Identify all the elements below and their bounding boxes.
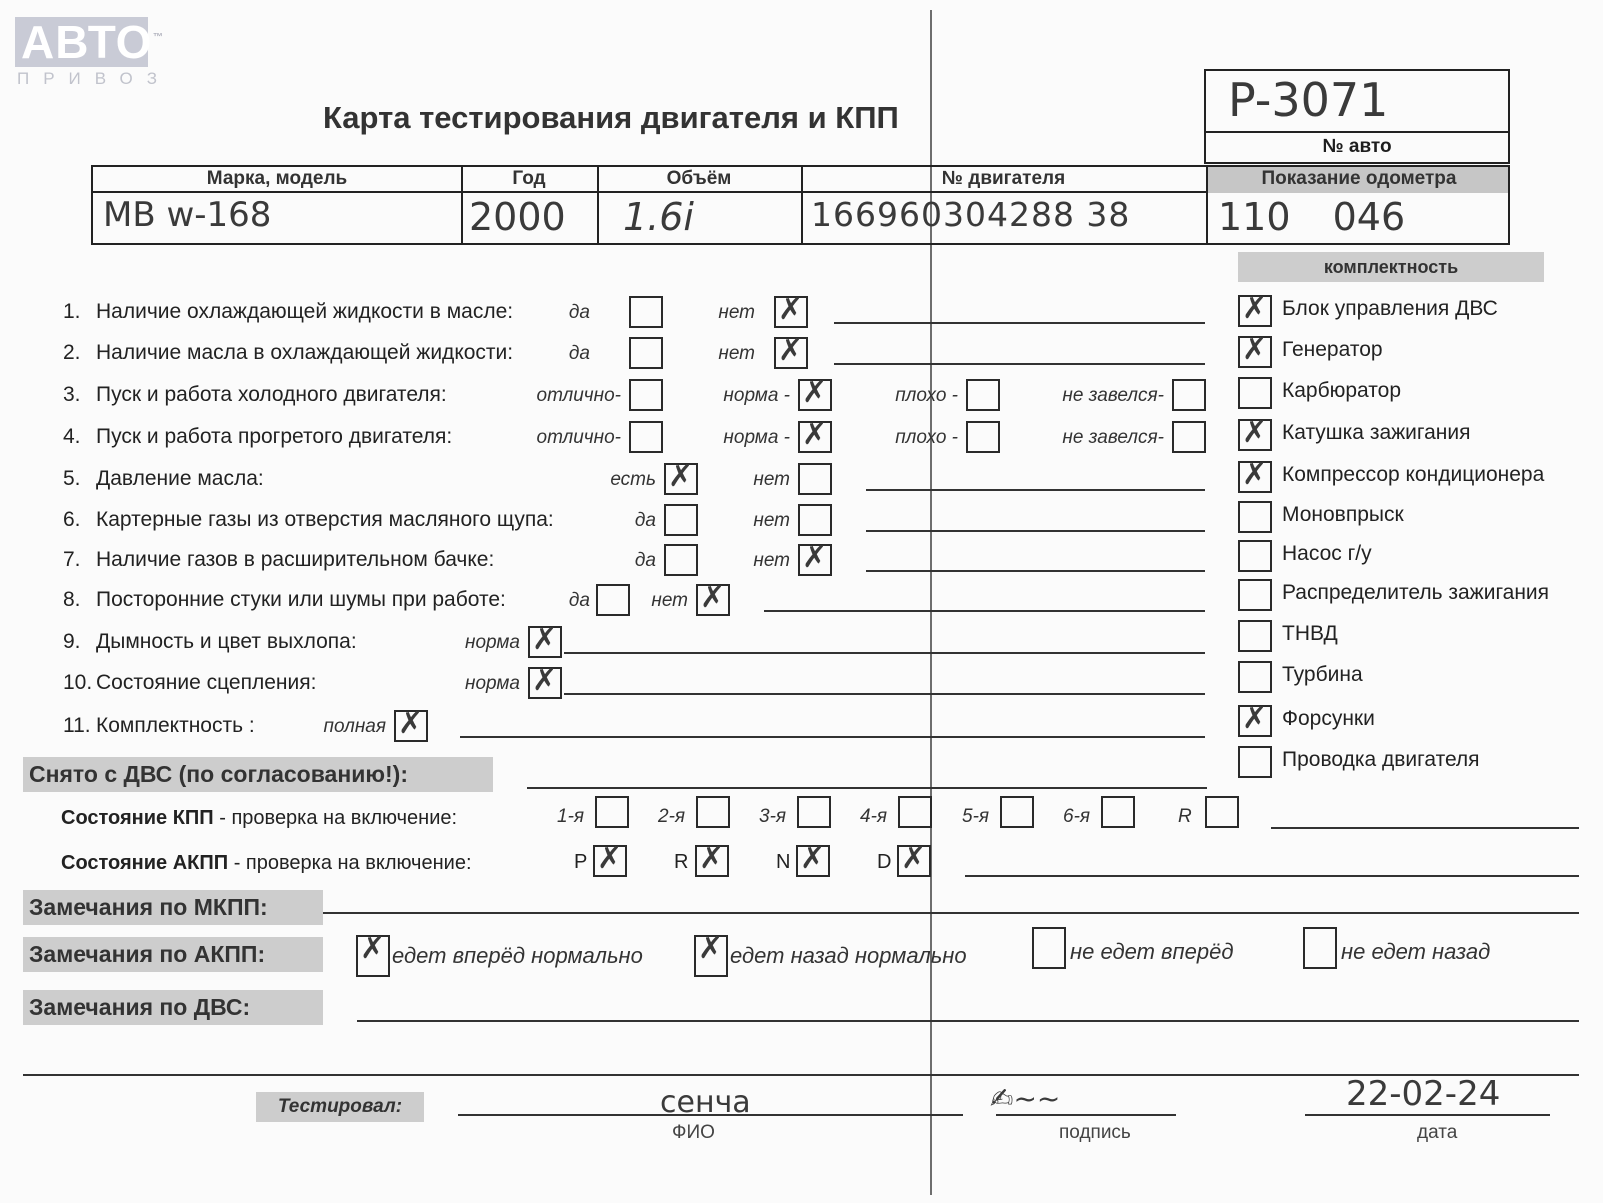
question-11-notes-line[interactable] bbox=[460, 736, 1205, 738]
completeness-checkbox-1[interactable]: ✗ bbox=[1238, 295, 1272, 327]
volume-value[interactable]: 1.6i bbox=[623, 195, 694, 239]
check-mark-icon: ✗ bbox=[1242, 291, 1267, 327]
completeness-header: комплектность bbox=[1238, 252, 1544, 282]
removed-parts-label: Снято с ДВС (по согласованию!): bbox=[23, 757, 493, 792]
option-label: есть bbox=[610, 469, 656, 491]
gear-label: 3-я bbox=[759, 806, 786, 828]
check-mark-icon: ✗ bbox=[668, 459, 693, 495]
gear-checkbox-6-я[interactable] bbox=[1101, 796, 1135, 828]
check-mark-icon: ✗ bbox=[398, 706, 423, 742]
question-number: 2. bbox=[63, 341, 96, 365]
header-make-model: Марка, модель bbox=[93, 168, 461, 190]
question-1-option-checkbox[interactable] bbox=[629, 296, 663, 328]
question-text: Дымность и цвет выхлопа: bbox=[96, 630, 357, 653]
completeness-checkbox-8[interactable] bbox=[1238, 579, 1272, 611]
check-mark-icon: ✗ bbox=[532, 622, 557, 658]
check-mark-icon: ✗ bbox=[699, 841, 724, 877]
question-text: Пуск и работа холодного двигателя: bbox=[96, 383, 447, 406]
question-2: 2.Наличие масла в охлаждающей жидкости: bbox=[63, 341, 513, 365]
akpp-remark-checkbox-4[interactable] bbox=[1303, 927, 1337, 969]
gear-label: 6-я bbox=[1063, 806, 1090, 828]
question-1: 1.Наличие охлаждающей жидкости в масле: bbox=[63, 300, 513, 324]
check-mark-icon: ✗ bbox=[802, 540, 827, 576]
question-3-option-checkbox[interactable] bbox=[629, 379, 663, 411]
auto-gearbox-label: Состояние АКПП - проверка на включение: bbox=[61, 852, 472, 875]
car-info-table: Марка, модель Год Объём № двигателя Пока… bbox=[91, 165, 1510, 245]
gear-checkbox-5-я[interactable] bbox=[1000, 796, 1034, 828]
vehicle-number-label: № авто bbox=[1206, 136, 1508, 158]
completeness-checkbox-5[interactable]: ✗ bbox=[1238, 461, 1272, 493]
akpp-remark-label: едет назад нормально bbox=[730, 943, 967, 969]
name-caption: ФИО bbox=[672, 1122, 715, 1144]
check-mark-icon: ✗ bbox=[597, 841, 622, 877]
completeness-checkbox-9[interactable] bbox=[1238, 620, 1272, 652]
option-label: норма bbox=[465, 673, 520, 695]
question-3: 3.Пуск и работа холодного двигателя: bbox=[63, 383, 447, 407]
question-2-option-checkbox[interactable] bbox=[629, 337, 663, 369]
completeness-item-label: Генератор bbox=[1282, 338, 1383, 362]
signature-line bbox=[996, 1114, 1176, 1116]
manual-gearbox-notes-line[interactable] bbox=[1271, 827, 1579, 829]
vehicle-number-box: P-3071 № авто bbox=[1204, 69, 1510, 164]
question-10-notes-line[interactable] bbox=[564, 693, 1205, 695]
question-6-option-checkbox[interactable] bbox=[798, 504, 832, 536]
remarks-mkpp-label: Замечания по МКПП: bbox=[23, 890, 323, 925]
gear-checkbox-3-я[interactable] bbox=[797, 796, 831, 828]
mode-checkbox-R[interactable]: ✗ bbox=[695, 845, 729, 877]
question-7: 7.Наличие газов в расширительном бачке: bbox=[63, 548, 494, 572]
option-label: не завелся- bbox=[1062, 427, 1164, 449]
check-mark-icon: ✗ bbox=[802, 417, 827, 453]
signature-caption: подпись bbox=[1059, 1122, 1131, 1144]
question-4-option-checkbox[interactable] bbox=[1172, 421, 1206, 453]
option-label: полная bbox=[324, 716, 387, 738]
question-4-option-checkbox[interactable] bbox=[966, 421, 1000, 453]
question-5: 5.Давление масла: bbox=[63, 467, 264, 491]
option-label: нет bbox=[718, 343, 755, 365]
vehicle-number-value[interactable]: P-3071 bbox=[1228, 73, 1388, 127]
check-mark-icon: ✗ bbox=[1242, 415, 1267, 451]
gear-label: 5-я bbox=[962, 806, 989, 828]
remarks-akpp-label: Замечания по АКПП: bbox=[23, 937, 323, 972]
completeness-checkbox-7[interactable] bbox=[1238, 540, 1272, 572]
question-6-notes-line[interactable] bbox=[866, 530, 1205, 532]
header-year: Год bbox=[461, 168, 597, 190]
question-number: 1. bbox=[63, 300, 96, 324]
question-number: 4. bbox=[63, 425, 96, 449]
header-engine-number: № двигателя bbox=[801, 168, 1206, 190]
completeness-item-label: Насос г/у bbox=[1282, 542, 1372, 566]
option-label: нет bbox=[753, 510, 790, 532]
make-model-value[interactable]: MB w-168 bbox=[103, 195, 271, 235]
manual-gearbox-label: Состояние КПП - проверка на включение: bbox=[61, 807, 457, 830]
question-number: 7. bbox=[63, 548, 96, 572]
question-5-option-checkbox[interactable]: ✗ bbox=[664, 463, 698, 495]
completeness-item-label: ТНВД bbox=[1282, 622, 1338, 646]
question-number: 6. bbox=[63, 508, 96, 532]
option-label: да bbox=[569, 302, 590, 324]
page-title: Карта тестирования двигателя и КПП bbox=[323, 100, 899, 136]
option-label: нет bbox=[718, 302, 755, 324]
option-label: нет bbox=[651, 590, 688, 612]
mode-label: N bbox=[776, 851, 790, 874]
completeness-item-label: Моновпрыск bbox=[1282, 503, 1404, 527]
check-mark-icon: ✗ bbox=[802, 375, 827, 411]
question-text: Наличие масла в охлаждающей жидкости: bbox=[96, 341, 513, 364]
gear-label: 2-я bbox=[658, 806, 685, 828]
check-mark-icon: ✗ bbox=[1242, 457, 1267, 493]
gear-label: R bbox=[1178, 806, 1192, 828]
completeness-item-label: Карбюратор bbox=[1282, 379, 1401, 403]
question-number: 10. bbox=[63, 671, 96, 695]
question-text: Посторонние стуки или шумы при работе: bbox=[96, 588, 506, 611]
header-volume: Объём bbox=[597, 168, 801, 190]
header-odometer: Показание одометра bbox=[1206, 168, 1512, 190]
question-6-option-checkbox[interactable] bbox=[664, 504, 698, 536]
question-8-notes-line[interactable] bbox=[764, 610, 1205, 612]
question-number: 9. bbox=[63, 630, 96, 654]
option-label: отлично- bbox=[537, 427, 621, 449]
option-label: да bbox=[569, 590, 590, 612]
separator-line bbox=[834, 363, 1205, 365]
question-4: 4.Пуск и работа прогретого двигателя: bbox=[63, 425, 452, 449]
completeness-checkbox-10[interactable] bbox=[1238, 661, 1272, 693]
question-10: 10.Состояние сцепления: bbox=[63, 671, 316, 695]
option-label: норма - bbox=[723, 385, 790, 407]
question-1-option-checkbox[interactable]: ✗ bbox=[774, 296, 808, 328]
completeness-item-label: Турбина bbox=[1282, 663, 1363, 687]
logo-sub-text: ПРИВОЗ bbox=[15, 69, 171, 89]
check-mark-icon: ✗ bbox=[700, 580, 725, 616]
remarks-dvs-line[interactable] bbox=[357, 1020, 1579, 1022]
akpp-remark-checkbox-3[interactable] bbox=[1032, 927, 1066, 969]
completeness-checkbox-11[interactable]: ✗ bbox=[1238, 705, 1272, 737]
question-5-option-checkbox[interactable] bbox=[798, 463, 832, 495]
mode-checkbox-D[interactable]: ✗ bbox=[897, 845, 931, 877]
engine-number-value[interactable]: 166960304288 38 bbox=[811, 195, 1130, 234]
question-2-option-checkbox[interactable]: ✗ bbox=[774, 337, 808, 369]
completeness-item-label: Распределитель зажигания bbox=[1282, 581, 1549, 605]
check-mark-icon: ✗ bbox=[360, 931, 385, 967]
question-5-notes-line[interactable] bbox=[866, 489, 1205, 491]
question-text: Наличие охлаждающей жидкости в масле: bbox=[96, 300, 513, 323]
check-mark-icon: ✗ bbox=[698, 931, 723, 967]
completeness-item-label: Блок управления ДВС bbox=[1282, 297, 1498, 321]
completeness-checkbox-12[interactable] bbox=[1238, 746, 1272, 778]
gear-label: 1-я bbox=[557, 806, 584, 828]
tester-name-line bbox=[458, 1114, 963, 1116]
option-label: норма bbox=[465, 632, 520, 654]
signature-scribble-icon[interactable]: ✍︎~~ bbox=[990, 1082, 1060, 1115]
question-11-option-checkbox[interactable]: ✗ bbox=[394, 710, 428, 742]
auto-gearbox-notes-line[interactable] bbox=[965, 875, 1579, 877]
question-number: 8. bbox=[63, 588, 96, 612]
trademark-symbol: ™ bbox=[153, 13, 164, 63]
question-1-notes-line[interactable] bbox=[834, 322, 1205, 324]
gear-checkbox-R[interactable] bbox=[1205, 796, 1239, 828]
completeness-item-label: Катушка зажигания bbox=[1282, 421, 1470, 445]
completeness-checkbox-4[interactable]: ✗ bbox=[1238, 419, 1272, 451]
question-4-option-checkbox[interactable] bbox=[629, 421, 663, 453]
question-text: Пуск и работа прогретого двигателя: bbox=[96, 425, 452, 448]
option-label: нет bbox=[753, 550, 790, 572]
question-8-option-checkbox[interactable]: ✗ bbox=[696, 584, 730, 616]
option-label: отлично- bbox=[537, 385, 621, 407]
completeness-checkbox-2[interactable]: ✗ bbox=[1238, 336, 1272, 368]
question-text: Состояние сцепления: bbox=[96, 671, 316, 694]
option-label: да bbox=[569, 343, 590, 365]
question-number: 11. bbox=[63, 714, 96, 738]
completeness-item-label: Компрессор кондиционера bbox=[1282, 463, 1544, 487]
question-7-notes-line[interactable] bbox=[866, 570, 1205, 572]
question-text: Наличие газов в расширительном бачке: bbox=[96, 548, 494, 571]
option-label: плохо - bbox=[895, 385, 958, 407]
gear-checkbox-2-я[interactable] bbox=[696, 796, 730, 828]
question-6: 6.Картерные газы из отверстия масляного … bbox=[63, 508, 554, 532]
question-9-notes-line[interactable] bbox=[564, 652, 1205, 654]
mode-checkbox-P[interactable]: ✗ bbox=[593, 845, 627, 877]
question-8: 8.Посторонние стуки или шумы при работе: bbox=[63, 588, 506, 612]
check-mark-icon: ✗ bbox=[1242, 332, 1267, 368]
date-value[interactable]: 22-02-24 bbox=[1346, 1074, 1500, 1114]
check-mark-icon: ✗ bbox=[532, 663, 557, 699]
check-mark-icon: ✗ bbox=[778, 292, 803, 328]
option-label: не завелся- bbox=[1062, 385, 1164, 407]
mode-checkbox-N[interactable]: ✗ bbox=[796, 845, 830, 877]
remarks-mkpp-line[interactable] bbox=[323, 912, 1579, 914]
question-9: 9.Дымность и цвет выхлопа: bbox=[63, 630, 357, 654]
option-label: да bbox=[635, 550, 656, 572]
option-label: да bbox=[635, 510, 656, 532]
question-9-option-checkbox[interactable]: ✗ bbox=[528, 626, 562, 658]
gear-checkbox-4-я[interactable] bbox=[898, 796, 932, 828]
akpp-remark-label: не едет вперёд bbox=[1070, 939, 1234, 965]
akpp-remark-checkbox-1[interactable]: ✗ bbox=[356, 935, 390, 977]
odometer-value[interactable]: 110 046 bbox=[1218, 195, 1405, 239]
completeness-checkbox-6[interactable] bbox=[1238, 501, 1272, 533]
date-caption: дата bbox=[1417, 1122, 1457, 1144]
tested-by-label: Тестировал: bbox=[256, 1092, 424, 1122]
mode-label: R bbox=[674, 851, 688, 874]
question-number: 5. bbox=[63, 467, 96, 491]
date-line bbox=[1305, 1114, 1550, 1116]
remarks-dvs-label: Замечания по ДВС: bbox=[23, 990, 323, 1025]
removed-parts-line[interactable] bbox=[527, 787, 1207, 789]
logo-main-text: АВТО bbox=[21, 16, 152, 68]
gear-checkbox-1-я[interactable] bbox=[595, 796, 629, 828]
question-10-option-checkbox[interactable]: ✗ bbox=[528, 667, 562, 699]
question-text: Картерные газы из отверстия масляного щу… bbox=[96, 508, 554, 531]
check-mark-icon: ✗ bbox=[778, 333, 803, 369]
option-label: норма - bbox=[723, 427, 790, 449]
question-text: Комплектность : bbox=[96, 714, 255, 737]
company-logo: АВТО™ ПРИВОЗ bbox=[15, 17, 171, 89]
completeness-checkbox-3[interactable] bbox=[1238, 377, 1272, 409]
check-mark-icon: ✗ bbox=[901, 841, 926, 877]
question-7-option-checkbox[interactable] bbox=[664, 544, 698, 576]
question-3-option-checkbox[interactable]: ✗ bbox=[798, 379, 832, 411]
completeness-item-label: Форсунки bbox=[1282, 707, 1375, 731]
akpp-remark-label: едет вперёд нормально bbox=[392, 943, 643, 969]
gear-label: 4-я bbox=[860, 806, 887, 828]
mode-label: D bbox=[877, 851, 891, 874]
question-text: Давление масла: bbox=[96, 467, 264, 490]
option-label: плохо - bbox=[895, 427, 958, 449]
question-7-option-checkbox[interactable]: ✗ bbox=[798, 544, 832, 576]
mode-label: P bbox=[574, 851, 587, 874]
question-8-option-checkbox[interactable] bbox=[596, 584, 630, 616]
option-label: нет bbox=[753, 469, 790, 491]
year-value[interactable]: 2000 bbox=[469, 195, 566, 239]
question-3-option-checkbox[interactable] bbox=[966, 379, 1000, 411]
check-mark-icon: ✗ bbox=[800, 841, 825, 877]
question-number: 3. bbox=[63, 383, 96, 407]
check-mark-icon: ✗ bbox=[1242, 701, 1267, 737]
question-4-option-checkbox[interactable]: ✗ bbox=[798, 421, 832, 453]
completeness-item-label: Проводка двигателя bbox=[1282, 748, 1480, 772]
akpp-remark-label: не едет назад bbox=[1341, 939, 1490, 965]
question-11: 11.Комплектность : bbox=[63, 714, 255, 738]
question-3-option-checkbox[interactable] bbox=[1172, 379, 1206, 411]
akpp-remark-checkbox-2[interactable]: ✗ bbox=[694, 935, 728, 977]
